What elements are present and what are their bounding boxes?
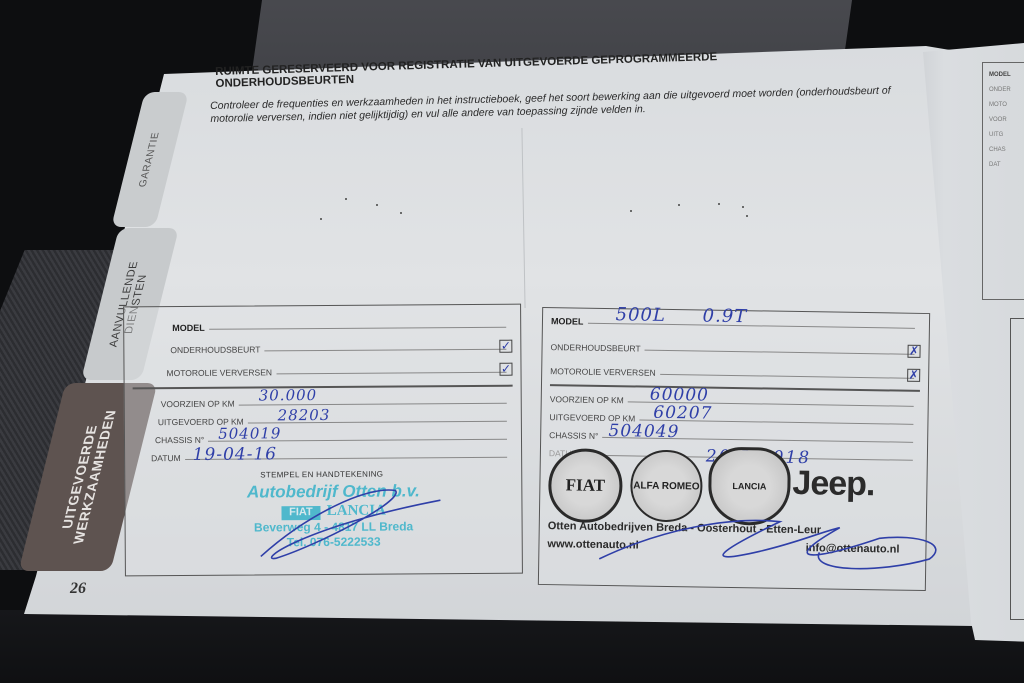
jeep-logo-stamp: Jeep.: [792, 464, 875, 504]
section-separator: [133, 385, 513, 389]
datum-value: 19-04-16: [193, 444, 278, 465]
motorolie-checkbox[interactable]: ✗: [907, 369, 920, 382]
onderhoudsbeurt-line: [645, 350, 915, 355]
next-page-record-box-2: [1010, 318, 1024, 620]
print-speck: [746, 215, 748, 217]
tab-uitgevoerde-werkzaamheden-label: UITGEVOERDE WERKZAAMHEDEN: [56, 410, 119, 544]
label-voorzien: VOORZIEN OP km: [542, 394, 628, 405]
chassis-value: 504019: [218, 424, 281, 442]
service-record-2: MODEL 500L 0.9T ONDERHOUDSBEURT ✗ MOTORO…: [538, 307, 930, 591]
label-motorolie: MOTOROLIE VERVERSEN: [542, 366, 660, 378]
voorzien-line[interactable]: 30.000: [239, 403, 507, 406]
motorolie-checkbox[interactable]: ✓: [499, 363, 512, 376]
stamp-fiat-logo: FIAT: [281, 506, 321, 519]
print-speck: [630, 210, 632, 212]
label-chassis: CHASSIS N°: [125, 435, 208, 446]
service-booklet: MODEL ONDER MOTO VOOR UITG CHAS DAT GARA…: [0, 0, 1024, 683]
next-page-record-box: MODEL ONDER MOTO VOOR UITG CHAS DAT: [982, 62, 1024, 300]
stamp-dealer-name: Otten Autobedrijven Breda - Oosterhout -…: [548, 520, 822, 536]
next-label-onderhoud: ONDER: [989, 87, 1024, 93]
field-motorolie: MOTOROLIE VERVERSEN ✗: [542, 360, 928, 382]
next-label-model: MODEL: [989, 72, 1024, 78]
model-line[interactable]: [209, 327, 506, 330]
onderhoudsbeurt-line: [264, 349, 506, 352]
stamp-website: www.ottenauto.nl: [547, 538, 638, 551]
model-line[interactable]: 500L 0.9T: [587, 323, 914, 329]
label-motorolie: MOTOROLIE VERVERSEN: [124, 367, 276, 378]
datum-line[interactable]: 19-04-16: [185, 457, 507, 460]
stamp-email: info@ottenauto.nl: [806, 542, 900, 555]
page-number: 26: [70, 580, 86, 598]
label-model: MODEL: [543, 316, 588, 327]
uitgevoerd-value: 60207: [653, 403, 712, 424]
field-uitgevoerd: UITGEVOERD OP km 28203: [125, 409, 521, 428]
next-label-datum: DAT: [989, 162, 1024, 168]
print-speck: [345, 198, 347, 200]
field-datum: DATUM 19-04-16: [125, 445, 521, 464]
print-speck: [376, 204, 378, 206]
chassis-value: 504049: [608, 421, 679, 442]
dealer-stamp: Autobedrijf Otten b.v. FIATLANCIA Beverw…: [233, 481, 433, 550]
stamp-lancia-logo: LANCIA: [327, 503, 386, 519]
next-label-motorolie: MOTO: [989, 102, 1024, 108]
field-onderhoudsbeurt: ONDERHOUDSBEURT ✓: [124, 337, 520, 356]
voorzien-value: 30.000: [259, 386, 318, 404]
label-onderhoudsbeurt: ONDERHOUDSBEURT: [543, 342, 645, 354]
label-datum: DATUM: [125, 453, 185, 463]
print-speck: [400, 212, 402, 214]
print-speck: [718, 203, 720, 205]
next-label-voorzien: VOOR: [989, 117, 1024, 123]
field-model: MODEL: [124, 315, 520, 334]
field-model: MODEL 500L 0.9T: [543, 310, 929, 332]
fiat-logo-text: FIAT: [566, 475, 606, 496]
field-onderhoudsbeurt: ONDERHOUDSBEURT ✗: [543, 336, 929, 358]
label-stempel: STEMPEL EN HANDTEKENING: [260, 470, 383, 480]
stamp-company: Autobedrijf Otten b.v.: [233, 481, 433, 503]
motorolie-line: [276, 372, 507, 375]
uitgevoerd-value: 28203: [278, 406, 331, 424]
print-speck: [678, 204, 680, 206]
onderhoudsbeurt-checkbox[interactable]: ✓: [499, 340, 512, 353]
uitgevoerd-line[interactable]: 60207: [639, 420, 913, 425]
stamp-address: Beverweg 4 - 4817 LL Breda: [234, 520, 434, 536]
label-chassis: CHASSIS N°: [541, 430, 602, 441]
motorolie-line: [660, 374, 914, 379]
field-motorolie: MOTOROLIE VERVERSEN ✓: [124, 360, 520, 379]
chassis-line[interactable]: 504019: [208, 439, 507, 442]
alfa-logo-text: ALFA ROMEO: [633, 480, 699, 492]
lancia-logo-text: LANCIA: [732, 481, 766, 492]
label-voorzien: VOORZIEN OP km: [125, 399, 239, 410]
print-speck: [742, 206, 744, 208]
tab-garantie-label: GARANTIE: [138, 132, 163, 187]
alfa-romeo-logo-stamp: ALFA ROMEO: [630, 449, 703, 522]
service-record-1: MODEL ONDERHOUDSBEURT ✓ MOTOROLIE VERVER…: [123, 304, 523, 577]
print-speck: [320, 218, 322, 220]
lancia-logo-stamp: LANCIA: [708, 447, 791, 526]
uitgevoerd-line[interactable]: 28203: [248, 421, 507, 424]
chassis-line[interactable]: 504049: [602, 437, 913, 443]
onderhoudsbeurt-checkbox[interactable]: ✗: [907, 345, 920, 358]
stamp-phone: Tel. 076-5222533: [234, 534, 434, 550]
next-label-uitgevoerd: UITG: [989, 132, 1024, 138]
field-chassis: CHASSIS N° 504019: [125, 427, 521, 446]
fiat-logo-stamp: FIAT: [548, 448, 623, 523]
label-onderhoudsbeurt: ONDERHOUDSBEURT: [124, 344, 264, 355]
next-label-chassis: CHAS: [989, 147, 1024, 153]
label-model: MODEL: [124, 323, 209, 334]
model-value: 500L 0.9T: [615, 304, 747, 327]
